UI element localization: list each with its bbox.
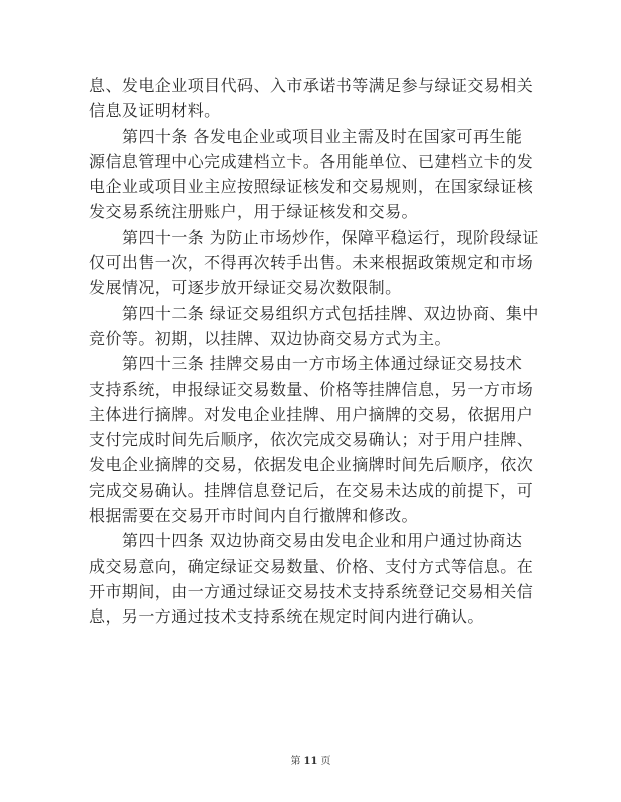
text-line: 第四十二条 绿证交易组织方式包括挂牌、双边协商、集中: [89, 301, 537, 326]
page-number: 11: [304, 756, 318, 767]
document-page: 息、发电企业项目代码、入市承诺书等满足参与绿证交易相关信息及证明材料。第四十条 …: [0, 0, 621, 802]
text-line: 根据需要在交易开市时间内自行撤牌和修改。: [89, 503, 537, 528]
paragraph-article-42: 第四十二条 绿证交易组织方式包括挂牌、双边协商、集中竞价等。初期，以挂牌、双边协…: [89, 301, 537, 352]
text-line: 发交易系统注册账户，用于绿证核发和交易。: [89, 199, 537, 224]
text-line: 电企业或项目业主应按照绿证核发和交易规则，在国家绿证核: [89, 174, 537, 199]
paragraph-article-44: 第四十四条 双边协商交易由发电企业和用户通过协商达成交易意向，确定绿证交易数量、…: [89, 528, 537, 629]
text-line: 仅可出售一次，不得再次转手出售。未来根据政策规定和市场: [89, 250, 537, 275]
page-label-prefix: 第: [291, 756, 301, 767]
paragraph-p-continued: 息、发电企业项目代码、入市承诺书等满足参与绿证交易相关信息及证明材料。: [89, 73, 537, 124]
text-line: 开市期间，由一方通过绿证交易技术支持系统登记交易相关信: [89, 579, 537, 604]
text-line: 源信息管理中心完成建档立卡。各用能单位、已建档立卡的发: [89, 149, 537, 174]
text-line: 发电企业摘牌的交易，依据发电企业摘牌时间先后顺序，依次: [89, 452, 537, 477]
text-line: 第四十条 各发电企业或项目业主需及时在国家可再生能: [89, 124, 537, 149]
text-line: 支持系统，申报绿证交易数量、价格等挂牌信息，另一方市场: [89, 377, 537, 402]
page-label-suffix: 页: [320, 756, 330, 767]
text-line: 第四十三条 挂牌交易由一方市场主体通过绿证交易技术: [89, 351, 537, 376]
paragraph-article-41: 第四十一条 为防止市场炒作，保障平稳运行，现阶段绿证仅可出售一次，不得再次转手出…: [89, 225, 537, 301]
text-line: 发展情况，可逐步放开绿证交易次数限制。: [89, 275, 537, 300]
paragraph-article-43: 第四十三条 挂牌交易由一方市场主体通过绿证交易技术支持系统，申报绿证交易数量、价…: [89, 351, 537, 528]
text-line: 息、发电企业项目代码、入市承诺书等满足参与绿证交易相关: [89, 73, 537, 98]
paragraph-article-40: 第四十条 各发电企业或项目业主需及时在国家可再生能源信息管理中心完成建档立卡。各…: [89, 124, 537, 225]
text-line: 成交易意向，确定绿证交易数量、价格、支付方式等信息。在: [89, 554, 537, 579]
text-line: 主体进行摘牌。对发电企业挂牌、用户摘牌的交易，依据用户: [89, 402, 537, 427]
text-line: 第四十一条 为防止市场炒作，保障平稳运行，现阶段绿证: [89, 225, 537, 250]
document-body: 息、发电企业项目代码、入市承诺书等满足参与绿证交易相关信息及证明材料。第四十条 …: [89, 73, 537, 630]
text-line: 支付完成时间先后顺序，依次完成交易确认；对于用户挂牌、: [89, 427, 537, 452]
text-line: 第四十四条 双边协商交易由发电企业和用户通过协商达: [89, 528, 537, 553]
text-line: 完成交易确认。挂牌信息登记后，在交易未达成的前提下，可: [89, 478, 537, 503]
text-line: 信息及证明材料。: [89, 98, 537, 123]
text-line: 息，另一方通过技术支持系统在规定时间内进行确认。: [89, 604, 537, 629]
text-line: 竞价等。初期，以挂牌、双边协商交易方式为主。: [89, 326, 537, 351]
page-footer: 第11页: [0, 752, 621, 767]
